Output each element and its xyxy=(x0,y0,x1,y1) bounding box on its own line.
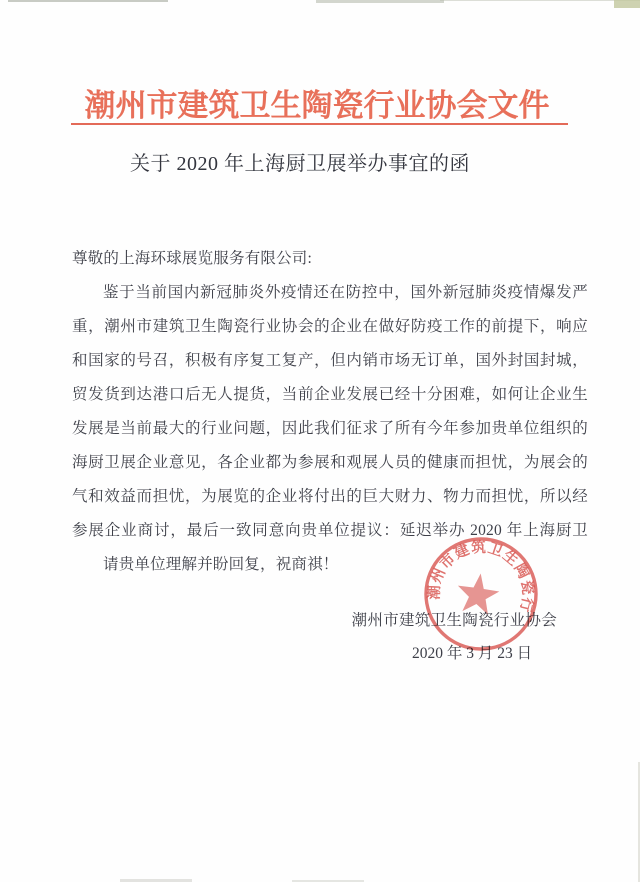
letterhead-rule xyxy=(71,123,568,125)
body-line: 发展是当前最大的行业问题，因此我们征求了所有今年参加贵单位组织的上 xyxy=(72,412,588,446)
star-icon xyxy=(454,571,501,616)
scan-artifact-top-corner xyxy=(614,0,640,8)
body-line: 气和效益而担忧，为展览的企业将付出的巨大财力、物力而担忧，所以经各 xyxy=(72,480,588,514)
scan-artifact-top-left xyxy=(8,0,168,2)
letter-subject: 关于 2020 年上海厨卫展举办事宜的函 xyxy=(0,147,600,176)
salutation-line: 尊敬的上海环球展览服务有限公司: xyxy=(72,242,588,276)
official-seal: 潮州市建筑卫生陶瓷行业协会 xyxy=(407,520,554,667)
body-line: 鉴于当前国内新冠肺炎外疫情还在防控中，国外新冠肺炎疫情爆发严 xyxy=(72,276,588,310)
body-line: 贸发货到达港口后无人提货，当前企业发展已经十分困难，如何让企业生存 xyxy=(72,378,588,412)
letterhead-org-title: 潮州市建筑卫生陶瓷行业协会文件 xyxy=(0,80,634,125)
body-line: 和国家的号召，积极有序复工复产，但内销市场无订单，国外封国封城，外 xyxy=(72,344,588,378)
scanned-letter-page: 潮州市建筑卫生陶瓷行业协会文件 关于 2020 年上海厨卫展举办事宜的函 尊敬的… xyxy=(0,0,640,882)
scan-artifact-top-middle xyxy=(316,0,444,3)
scan-artifact-top-right xyxy=(440,0,640,1)
body-line: 重，潮州市建筑卫生陶瓷行业协会的企业在做好防疫工作的前提下，响应党 xyxy=(72,310,588,344)
letter-body: 尊敬的上海环球展览服务有限公司: 鉴于当前国内新冠肺炎外疫情还在防控中，国外新冠… xyxy=(72,242,588,582)
body-line: 海厨卫展企业意见，各企业都为参展和观展人员的健康而担忧，为展会的人 xyxy=(72,446,588,480)
